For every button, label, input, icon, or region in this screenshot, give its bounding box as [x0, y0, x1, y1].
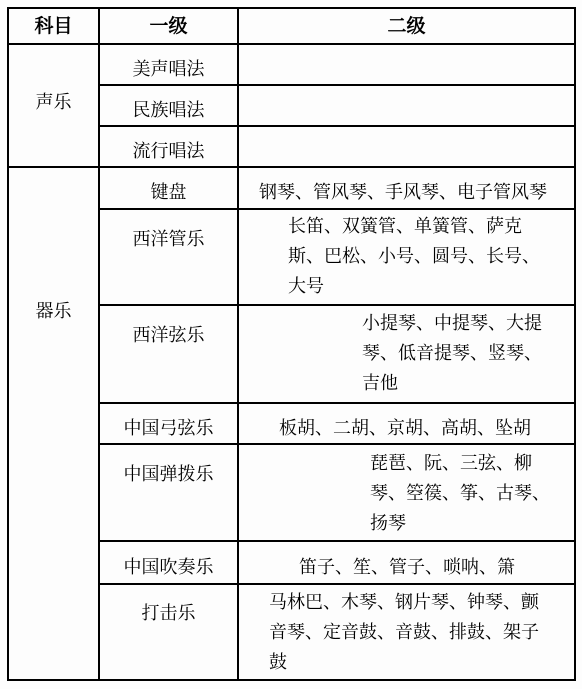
- subject-cell: 声乐: [9, 88, 98, 118]
- table-border-top: [7, 7, 576, 9]
- level2-line: 琴、低音提琴、竖琴、: [362, 339, 542, 369]
- level1-cell: 流行唱法: [100, 137, 237, 167]
- level1-cell: 中国弓弦乐: [100, 414, 237, 444]
- level2-line: 吉他: [362, 369, 542, 399]
- level1-cell: 西洋管乐: [100, 225, 237, 255]
- level1-cell: 键盘: [100, 178, 237, 208]
- header-subject: 科目: [9, 11, 98, 41]
- row-divider: [98, 304, 576, 306]
- level2-cell: 板胡、二胡、京胡、高胡、坠胡: [279, 414, 531, 444]
- row-divider: [98, 540, 576, 542]
- level2-line: 板胡、二胡、京胡、高胡、坠胡: [279, 414, 531, 444]
- level2-line: 琵琶、阮、三弦、柳: [370, 449, 550, 479]
- level2-line: 长笛、双簧管、单簧管、萨克: [288, 212, 540, 242]
- column-divider-2: [237, 7, 239, 681]
- level2-cell: 笛子、笙、管子、唢呐、箫: [299, 553, 515, 583]
- level1-cell: 美声唱法: [100, 55, 237, 85]
- level2-cell: 钢琴、管风琴、手风琴、电子管风琴: [259, 178, 547, 208]
- level2-line: 笛子、笙、管子、唢呐、箫: [299, 553, 515, 583]
- header-divider: [7, 43, 576, 45]
- level2-line: 斯、巴松、小号、圆号、长号、: [288, 242, 540, 272]
- table-border-bottom: [7, 679, 576, 681]
- level1-cell: 中国吹奏乐: [100, 553, 237, 583]
- row-divider: [98, 583, 576, 585]
- header-level1: 一级: [100, 11, 237, 41]
- level2-cell: 长笛、双簧管、单簧管、萨克 斯、巴松、小号、圆号、长号、 大号: [288, 212, 540, 302]
- row-divider: [98, 402, 576, 404]
- table-border-right: [574, 7, 576, 681]
- group-divider: [7, 166, 576, 168]
- level2-cell: 琵琶、阮、三弦、柳 琴、箜篌、筝、古琴、 扬琴: [370, 449, 550, 539]
- level1-cell: 打击乐: [100, 599, 237, 629]
- level1-cell: 民族唱法: [100, 96, 237, 126]
- level2-line: 扬琴: [370, 509, 550, 539]
- level2-line: 琴、箜篌、筝、古琴、: [370, 479, 550, 509]
- subject-cell: 器乐: [9, 297, 98, 327]
- level2-cell: 小提琴、中提琴、大提 琴、低音提琴、竖琴、 吉他: [362, 309, 542, 399]
- row-divider: [98, 208, 576, 210]
- level2-cell: 马林巴、木琴、钢片琴、钟琴、颤 音琴、定音鼓、音鼓、排鼓、架子 鼓: [269, 588, 539, 678]
- level1-cell: 中国弹拨乐: [100, 460, 237, 490]
- level2-line: 鼓: [269, 648, 539, 678]
- level2-line: 马林巴、木琴、钢片琴、钟琴、颤: [269, 588, 539, 618]
- level2-line: 大号: [288, 272, 540, 302]
- level2-line: 音琴、定音鼓、音鼓、排鼓、架子: [269, 618, 539, 648]
- level2-line: 钢琴、管风琴、手风琴、电子管风琴: [259, 178, 547, 208]
- level2-line: 小提琴、中提琴、大提: [362, 309, 542, 339]
- header-level2: 二级: [239, 11, 574, 41]
- level1-cell: 西洋弦乐: [100, 321, 237, 351]
